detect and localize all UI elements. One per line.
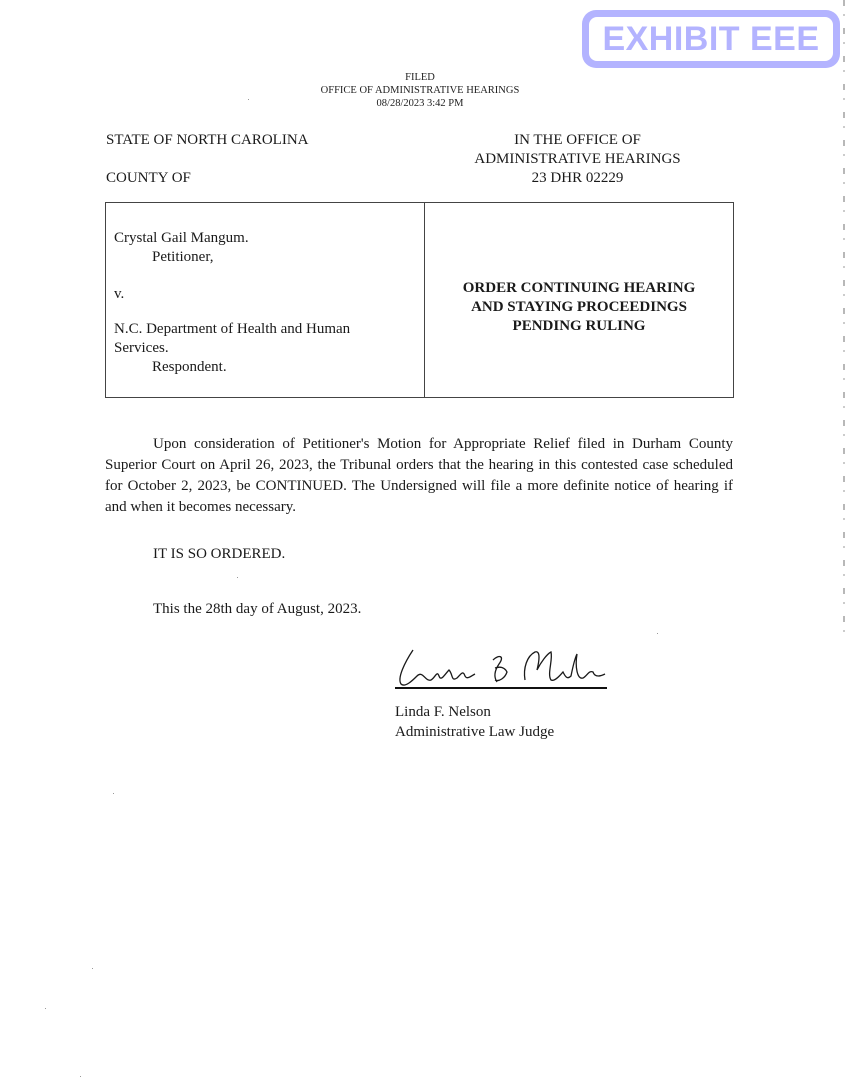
scan-speck bbox=[248, 99, 249, 100]
scan-speck bbox=[80, 1076, 81, 1077]
scan-edge-artifact bbox=[843, 0, 845, 640]
filed-office: OFFICE OF ADMINISTRATIVE HEARINGS bbox=[290, 84, 550, 97]
office-line-1: IN THE OFFICE OF bbox=[440, 131, 715, 150]
respondent-name-line-1: N.C. Department of Health and Human bbox=[114, 320, 350, 339]
case-number: 23 DHR 02229 bbox=[440, 169, 715, 188]
exhibit-label: EXHIBIT EEE bbox=[589, 17, 833, 61]
signature-icon bbox=[395, 640, 610, 690]
state-heading: STATE OF NORTH CAROLINA bbox=[106, 131, 309, 150]
scan-speck bbox=[237, 577, 238, 578]
case-caption-box: Crystal Gail Mangum. Petitioner, v. N.C.… bbox=[105, 202, 734, 398]
judge-title: Administrative Law Judge bbox=[395, 722, 554, 742]
petitioner-name: Crystal Gail Mangum. bbox=[114, 229, 249, 248]
date-line: This the 28th day of August, 2023. bbox=[153, 601, 361, 618]
petitioner-role: Petitioner, bbox=[114, 248, 213, 267]
filed-timestamp: 08/28/2023 3:42 PM bbox=[290, 97, 550, 110]
judge-printed-name: Linda F. Nelson bbox=[395, 702, 491, 722]
office-heading: IN THE OFFICE OF ADMINISTRATIVE HEARINGS… bbox=[440, 131, 715, 188]
order-paragraph: Upon consideration of Petitioner's Motio… bbox=[105, 434, 733, 518]
respondent-role: Respondent. bbox=[114, 358, 227, 377]
filed-stamp: FILED OFFICE OF ADMINISTRATIVE HEARINGS … bbox=[290, 71, 550, 110]
scan-speck bbox=[113, 793, 114, 794]
county-heading: COUNTY OF bbox=[106, 169, 191, 188]
order-title-line-3: PENDING RULING bbox=[425, 317, 733, 336]
title-cell: ORDER CONTINUING HEARING AND STAYING PRO… bbox=[425, 203, 733, 397]
parties-cell: Crystal Gail Mangum. Petitioner, v. N.C.… bbox=[106, 203, 425, 397]
scan-speck bbox=[45, 1008, 46, 1009]
signature-line bbox=[395, 687, 607, 689]
office-line-2: ADMINISTRATIVE HEARINGS bbox=[440, 150, 715, 169]
exhibit-stamp: EXHIBIT EEE bbox=[582, 10, 840, 68]
scan-speck bbox=[92, 968, 93, 969]
respondent-name-line-2: Services. bbox=[114, 339, 169, 358]
versus: v. bbox=[114, 285, 124, 304]
so-ordered: IT IS SO ORDERED. bbox=[153, 546, 285, 563]
order-title-line-1: ORDER CONTINUING HEARING bbox=[425, 279, 733, 298]
order-body: Upon consideration of Petitioner's Motio… bbox=[105, 434, 733, 518]
order-title-line-2: AND STAYING PROCEEDINGS bbox=[425, 298, 733, 317]
filed-label: FILED bbox=[290, 71, 550, 84]
scan-speck bbox=[657, 633, 658, 634]
order-title: ORDER CONTINUING HEARING AND STAYING PRO… bbox=[425, 279, 733, 336]
